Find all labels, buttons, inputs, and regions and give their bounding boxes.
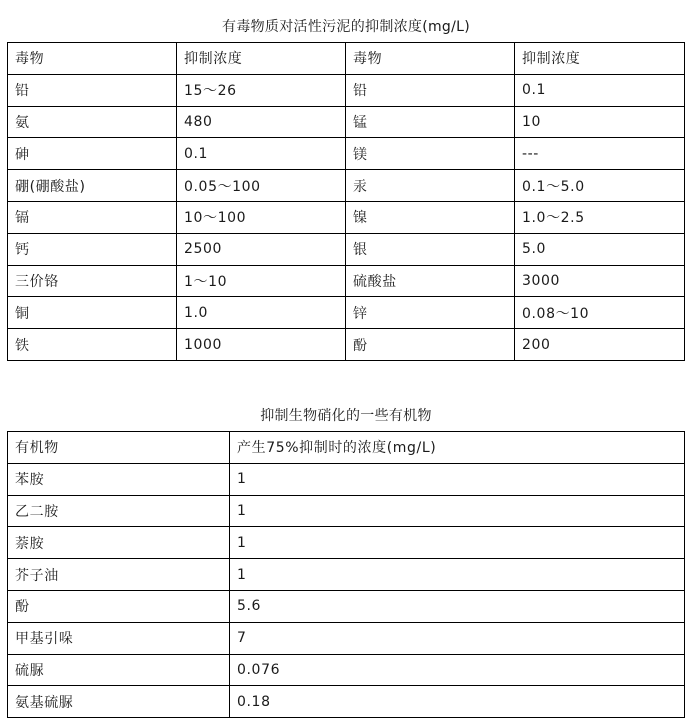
organic-compound-cell: 硫脲 bbox=[8, 654, 230, 686]
concentration-cell: 10～100 bbox=[177, 201, 346, 233]
substance-cell: 硼(硼酸盐) bbox=[8, 170, 177, 202]
table-row: 铅 15～26 铅 0.1 bbox=[8, 74, 685, 106]
concentration-cell: 200 bbox=[515, 329, 685, 361]
concentration-cell: 2500 bbox=[177, 233, 346, 265]
table-row: 苯胺 1 bbox=[8, 463, 685, 495]
table-row: 氨 480 锰 10 bbox=[8, 106, 685, 138]
concentration-cell: 1.0～2.5 bbox=[515, 201, 685, 233]
table-row: 酚 5.6 bbox=[8, 590, 685, 622]
table2-caption: 抑制生物硝化的一些有机物 bbox=[0, 406, 692, 426]
table-row: 乙二胺 1 bbox=[8, 495, 685, 527]
concentration-cell: 5.0 bbox=[515, 233, 685, 265]
substance-cell: 砷 bbox=[8, 138, 177, 170]
header-cell: 抑制浓度 bbox=[177, 43, 346, 75]
substance-cell: 汞 bbox=[346, 170, 515, 202]
substance-cell: 镉 bbox=[8, 201, 177, 233]
substance-cell: 银 bbox=[346, 233, 515, 265]
header-cell: 毒物 bbox=[8, 43, 177, 75]
table-row: 甲基引哚 7 bbox=[8, 622, 685, 654]
table-row: 铜 1.0 锌 0.08～10 bbox=[8, 297, 685, 329]
table-row: 萘胺 1 bbox=[8, 527, 685, 559]
substance-cell: 铁 bbox=[8, 329, 177, 361]
concentration-cell: 1000 bbox=[177, 329, 346, 361]
concentration-cell: 1 bbox=[230, 527, 685, 559]
concentration-cell: 7 bbox=[230, 622, 685, 654]
concentration-cell: --- bbox=[515, 138, 685, 170]
table-row: 芥子油 1 bbox=[8, 559, 685, 591]
table-row: 三价铬 1～10 硫酸盐 3000 bbox=[8, 265, 685, 297]
concentration-cell: 5.6 bbox=[230, 590, 685, 622]
substance-cell: 铜 bbox=[8, 297, 177, 329]
table-header-row: 毒物 抑制浓度 毒物 抑制浓度 bbox=[8, 43, 685, 75]
concentration-cell: 1 bbox=[230, 463, 685, 495]
concentration-cell: 0.08～10 bbox=[515, 297, 685, 329]
organic-compound-cell: 氨基硫脲 bbox=[8, 686, 230, 718]
table-row: 砷 0.1 镁 --- bbox=[8, 138, 685, 170]
substance-cell: 钙 bbox=[8, 233, 177, 265]
substance-cell: 锌 bbox=[346, 297, 515, 329]
table-row: 硫脲 0.076 bbox=[8, 654, 685, 686]
table-row: 硼(硼酸盐) 0.05～100 汞 0.1～5.0 bbox=[8, 170, 685, 202]
substance-cell: 酚 bbox=[346, 329, 515, 361]
concentration-cell: 0.05～100 bbox=[177, 170, 346, 202]
table-header-row: 有机物 产生75%抑制时的浓度(mg/L) bbox=[8, 432, 685, 464]
concentration-cell: 15～26 bbox=[177, 74, 346, 106]
organic-compound-cell: 萘胺 bbox=[8, 527, 230, 559]
concentration-cell: 480 bbox=[177, 106, 346, 138]
substance-cell: 铅 bbox=[346, 74, 515, 106]
header-cell: 毒物 bbox=[346, 43, 515, 75]
organic-compound-cell: 甲基引哚 bbox=[8, 622, 230, 654]
substance-cell: 镍 bbox=[346, 201, 515, 233]
concentration-cell: 1 bbox=[230, 559, 685, 591]
nitrification-inhibitors-table: 有机物 产生75%抑制时的浓度(mg/L) 苯胺 1 乙二胺 1 萘胺 1 芥子… bbox=[7, 431, 685, 718]
concentration-cell: 0.076 bbox=[230, 654, 685, 686]
organic-compound-cell: 酚 bbox=[8, 590, 230, 622]
concentration-cell: 0.1～5.0 bbox=[515, 170, 685, 202]
table-row: 氨基硫脲 0.18 bbox=[8, 686, 685, 718]
substance-cell: 硫酸盐 bbox=[346, 265, 515, 297]
substance-cell: 镁 bbox=[346, 138, 515, 170]
concentration-cell: 1～10 bbox=[177, 265, 346, 297]
substance-cell: 铅 bbox=[8, 74, 177, 106]
toxic-substances-table: 毒物 抑制浓度 毒物 抑制浓度 铅 15～26 铅 0.1 氨 480 锰 10… bbox=[7, 42, 685, 361]
substance-cell: 氨 bbox=[8, 106, 177, 138]
concentration-cell: 3000 bbox=[515, 265, 685, 297]
header-cell: 产生75%抑制时的浓度(mg/L) bbox=[230, 432, 685, 464]
table1-caption: 有毒物质对活性污泥的抑制浓度(mg/L) bbox=[0, 17, 692, 37]
organic-compound-cell: 芥子油 bbox=[8, 559, 230, 591]
header-cell: 有机物 bbox=[8, 432, 230, 464]
table-row: 铁 1000 酚 200 bbox=[8, 329, 685, 361]
table-row: 钙 2500 银 5.0 bbox=[8, 233, 685, 265]
concentration-cell: 1.0 bbox=[177, 297, 346, 329]
table-row: 镉 10～100 镍 1.0～2.5 bbox=[8, 201, 685, 233]
concentration-cell: 0.1 bbox=[515, 74, 685, 106]
substance-cell: 三价铬 bbox=[8, 265, 177, 297]
concentration-cell: 10 bbox=[515, 106, 685, 138]
header-cell: 抑制浓度 bbox=[515, 43, 685, 75]
organic-compound-cell: 乙二胺 bbox=[8, 495, 230, 527]
concentration-cell: 0.1 bbox=[177, 138, 346, 170]
substance-cell: 锰 bbox=[346, 106, 515, 138]
concentration-cell: 0.18 bbox=[230, 686, 685, 718]
concentration-cell: 1 bbox=[230, 495, 685, 527]
organic-compound-cell: 苯胺 bbox=[8, 463, 230, 495]
